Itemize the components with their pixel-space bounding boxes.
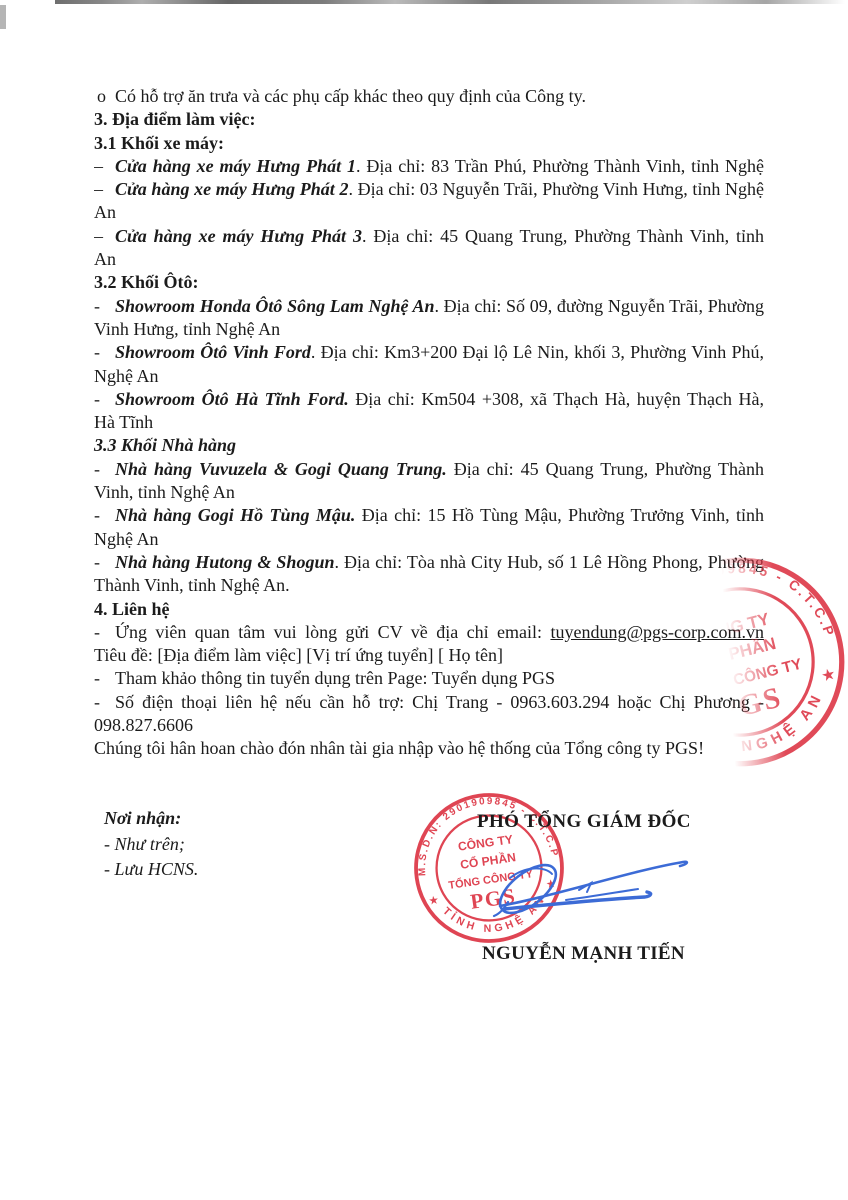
- doc-line: oCó hỗ trợ ăn trưa và các phụ cấp khác t…: [94, 85, 764, 108]
- dash-marker: -: [94, 667, 115, 690]
- doc-line: -Nhà hàng Gogi Hồ Tùng Mậu. Địa chỉ: 15 …: [94, 504, 764, 527]
- line-text: Tiêu đề: [Địa điểm làm việc] [Vị trí ứng…: [94, 645, 503, 665]
- line-text: An: [94, 249, 116, 269]
- dash-marker: -: [94, 388, 115, 411]
- recipients-item: - Như trên;: [104, 832, 198, 858]
- doc-line: Nghệ An: [94, 365, 764, 388]
- section-heading: 3.2 Khối Ôtô:: [94, 271, 764, 294]
- line-text: Nghệ An: [94, 529, 159, 549]
- dash-marker: -: [94, 621, 115, 644]
- location-address: . Địa chỉ: Số 09, đường Nguyễn Trãi, Phư…: [435, 296, 765, 316]
- doc-line: -Nhà hàng Vuvuzela & Gogi Quang Trung. Đ…: [94, 458, 764, 481]
- star-icon: ★: [820, 666, 838, 686]
- doc-line: –Cửa hàng xe máy Hưng Phát 2. Địa chỉ: 0…: [94, 178, 764, 201]
- dash-marker: -: [94, 458, 115, 481]
- doc-line: -Showroom Ôtô Vinh Ford. Địa chỉ: Km3+20…: [94, 341, 764, 364]
- section-heading: 3.1 Khối xe máy:: [94, 132, 764, 155]
- doc-line: Hà Tĩnh: [94, 411, 764, 434]
- doc-line: –Cửa hàng xe máy Hưng Phát 3. Địa chỉ: 4…: [94, 225, 764, 248]
- dash-marker: -: [94, 295, 115, 318]
- line-text: Vinh Hưng, tỉnh Nghệ An: [94, 319, 280, 339]
- section-heading: 3. Địa điểm làm việc:: [94, 108, 764, 131]
- doc-line: An: [94, 201, 764, 224]
- line-text: Ứng viên quan tâm vui lòng gửi CV về địa…: [115, 622, 550, 642]
- location-address: . Địa chỉ: 03 Nguyễn Trãi, Phường Vinh H…: [348, 179, 764, 199]
- dash-marker: –: [94, 225, 115, 248]
- doc-line: Nghệ An: [94, 528, 764, 551]
- section-heading: 3.3 Khối Nhà hàng: [94, 434, 764, 457]
- location-address: Địa chỉ: 45 Quang Trung, Phường Thành: [447, 459, 764, 479]
- location-name: Showroom Ôtô Vinh Ford: [115, 342, 311, 362]
- doc-line: -Showroom Honda Ôtô Sông Lam Nghệ An. Đị…: [94, 295, 764, 318]
- line-text: Chúng tôi hân hoan chào đón nhân tài gia…: [94, 738, 704, 758]
- dash-marker: -: [94, 691, 115, 714]
- dash-marker: –: [94, 178, 115, 201]
- bullet: o: [94, 85, 115, 108]
- recipients-item: - Lưu HCNS.: [104, 857, 198, 883]
- doc-line: An: [94, 248, 764, 271]
- doc-line: Vinh, tỉnh Nghệ An: [94, 481, 764, 504]
- doc-line: -Showroom Ôtô Hà Tĩnh Ford. Địa chỉ: Km5…: [94, 388, 764, 411]
- location-name: Cửa hàng xe máy Hưng Phát 3: [115, 226, 362, 246]
- signer-name: NGUYỄN MẠNH TIẾN: [482, 943, 685, 965]
- heading-text: 3.3 Khối Nhà hàng: [94, 435, 236, 455]
- dash-marker: -: [94, 504, 115, 527]
- location-name: Showroom Honda Ôtô Sông Lam Nghệ An: [115, 296, 435, 316]
- line-text: Nghệ An: [94, 366, 159, 386]
- dash-marker: -: [94, 551, 115, 574]
- signature-ink: [440, 808, 750, 938]
- location-name: Nhà hàng Vuvuzela & Gogi Quang Trung.: [115, 459, 447, 479]
- location-name: Nhà hàng Gogi Hồ Tùng Mậu.: [115, 505, 355, 525]
- heading-text: 3.1 Khối xe máy:: [94, 133, 224, 153]
- line-text: An: [94, 202, 116, 222]
- doc-line: Vinh Hưng, tỉnh Nghệ An: [94, 318, 764, 341]
- line-text: Tham khảo thông tin tuyển dụng trên Page…: [115, 668, 555, 688]
- heading-text: 3. Địa điểm làm việc:: [94, 109, 255, 129]
- dash-marker: -: [94, 341, 115, 364]
- location-name: Cửa hàng xe máy Hưng Phát 1: [115, 156, 356, 176]
- doc-line: –Cửa hàng xe máy Hưng Phát 1. Địa chỉ: 8…: [94, 155, 764, 178]
- location-address: . Địa chỉ: Km3+200 Đại lộ Lê Nin, khối 3…: [311, 342, 764, 362]
- line-text: Vinh, tỉnh Nghệ An: [94, 482, 235, 502]
- star-icon: ★: [428, 894, 440, 907]
- dash-marker: –: [94, 155, 115, 178]
- line-text: Có hỗ trợ ăn trưa và các phụ cấp khác th…: [115, 86, 586, 106]
- location-name: Cửa hàng xe máy Hưng Phát 2: [115, 179, 348, 199]
- heading-text: 4. Liên hệ: [94, 599, 170, 619]
- location-name: Showroom Ôtô Hà Tĩnh Ford.: [115, 389, 349, 409]
- line-text: Thành Vinh, tỉnh Nghệ An.: [94, 575, 290, 595]
- recipients-title: Nơi nhận:: [104, 806, 198, 832]
- recipients-block: Nơi nhận: - Như trên; - Lưu HCNS.: [104, 806, 198, 883]
- line-text: Hà Tĩnh: [94, 412, 153, 432]
- scan-artifact-left: [0, 5, 6, 29]
- location-address: Địa chỉ: 15 Hồ Tùng Mậu, Phường Trưởng V…: [355, 505, 764, 525]
- document-page: { "doc": { "lines": [ {"bullet": "o", "t…: [0, 0, 848, 1200]
- heading-text: 3.2 Khối Ôtô:: [94, 272, 199, 292]
- location-name: Nhà hàng Hutong & Shogun: [115, 552, 334, 572]
- scan-artifact-top: [55, 0, 845, 4]
- line-text: 098.827.6606: [94, 715, 193, 735]
- star-icon: ★: [659, 706, 677, 726]
